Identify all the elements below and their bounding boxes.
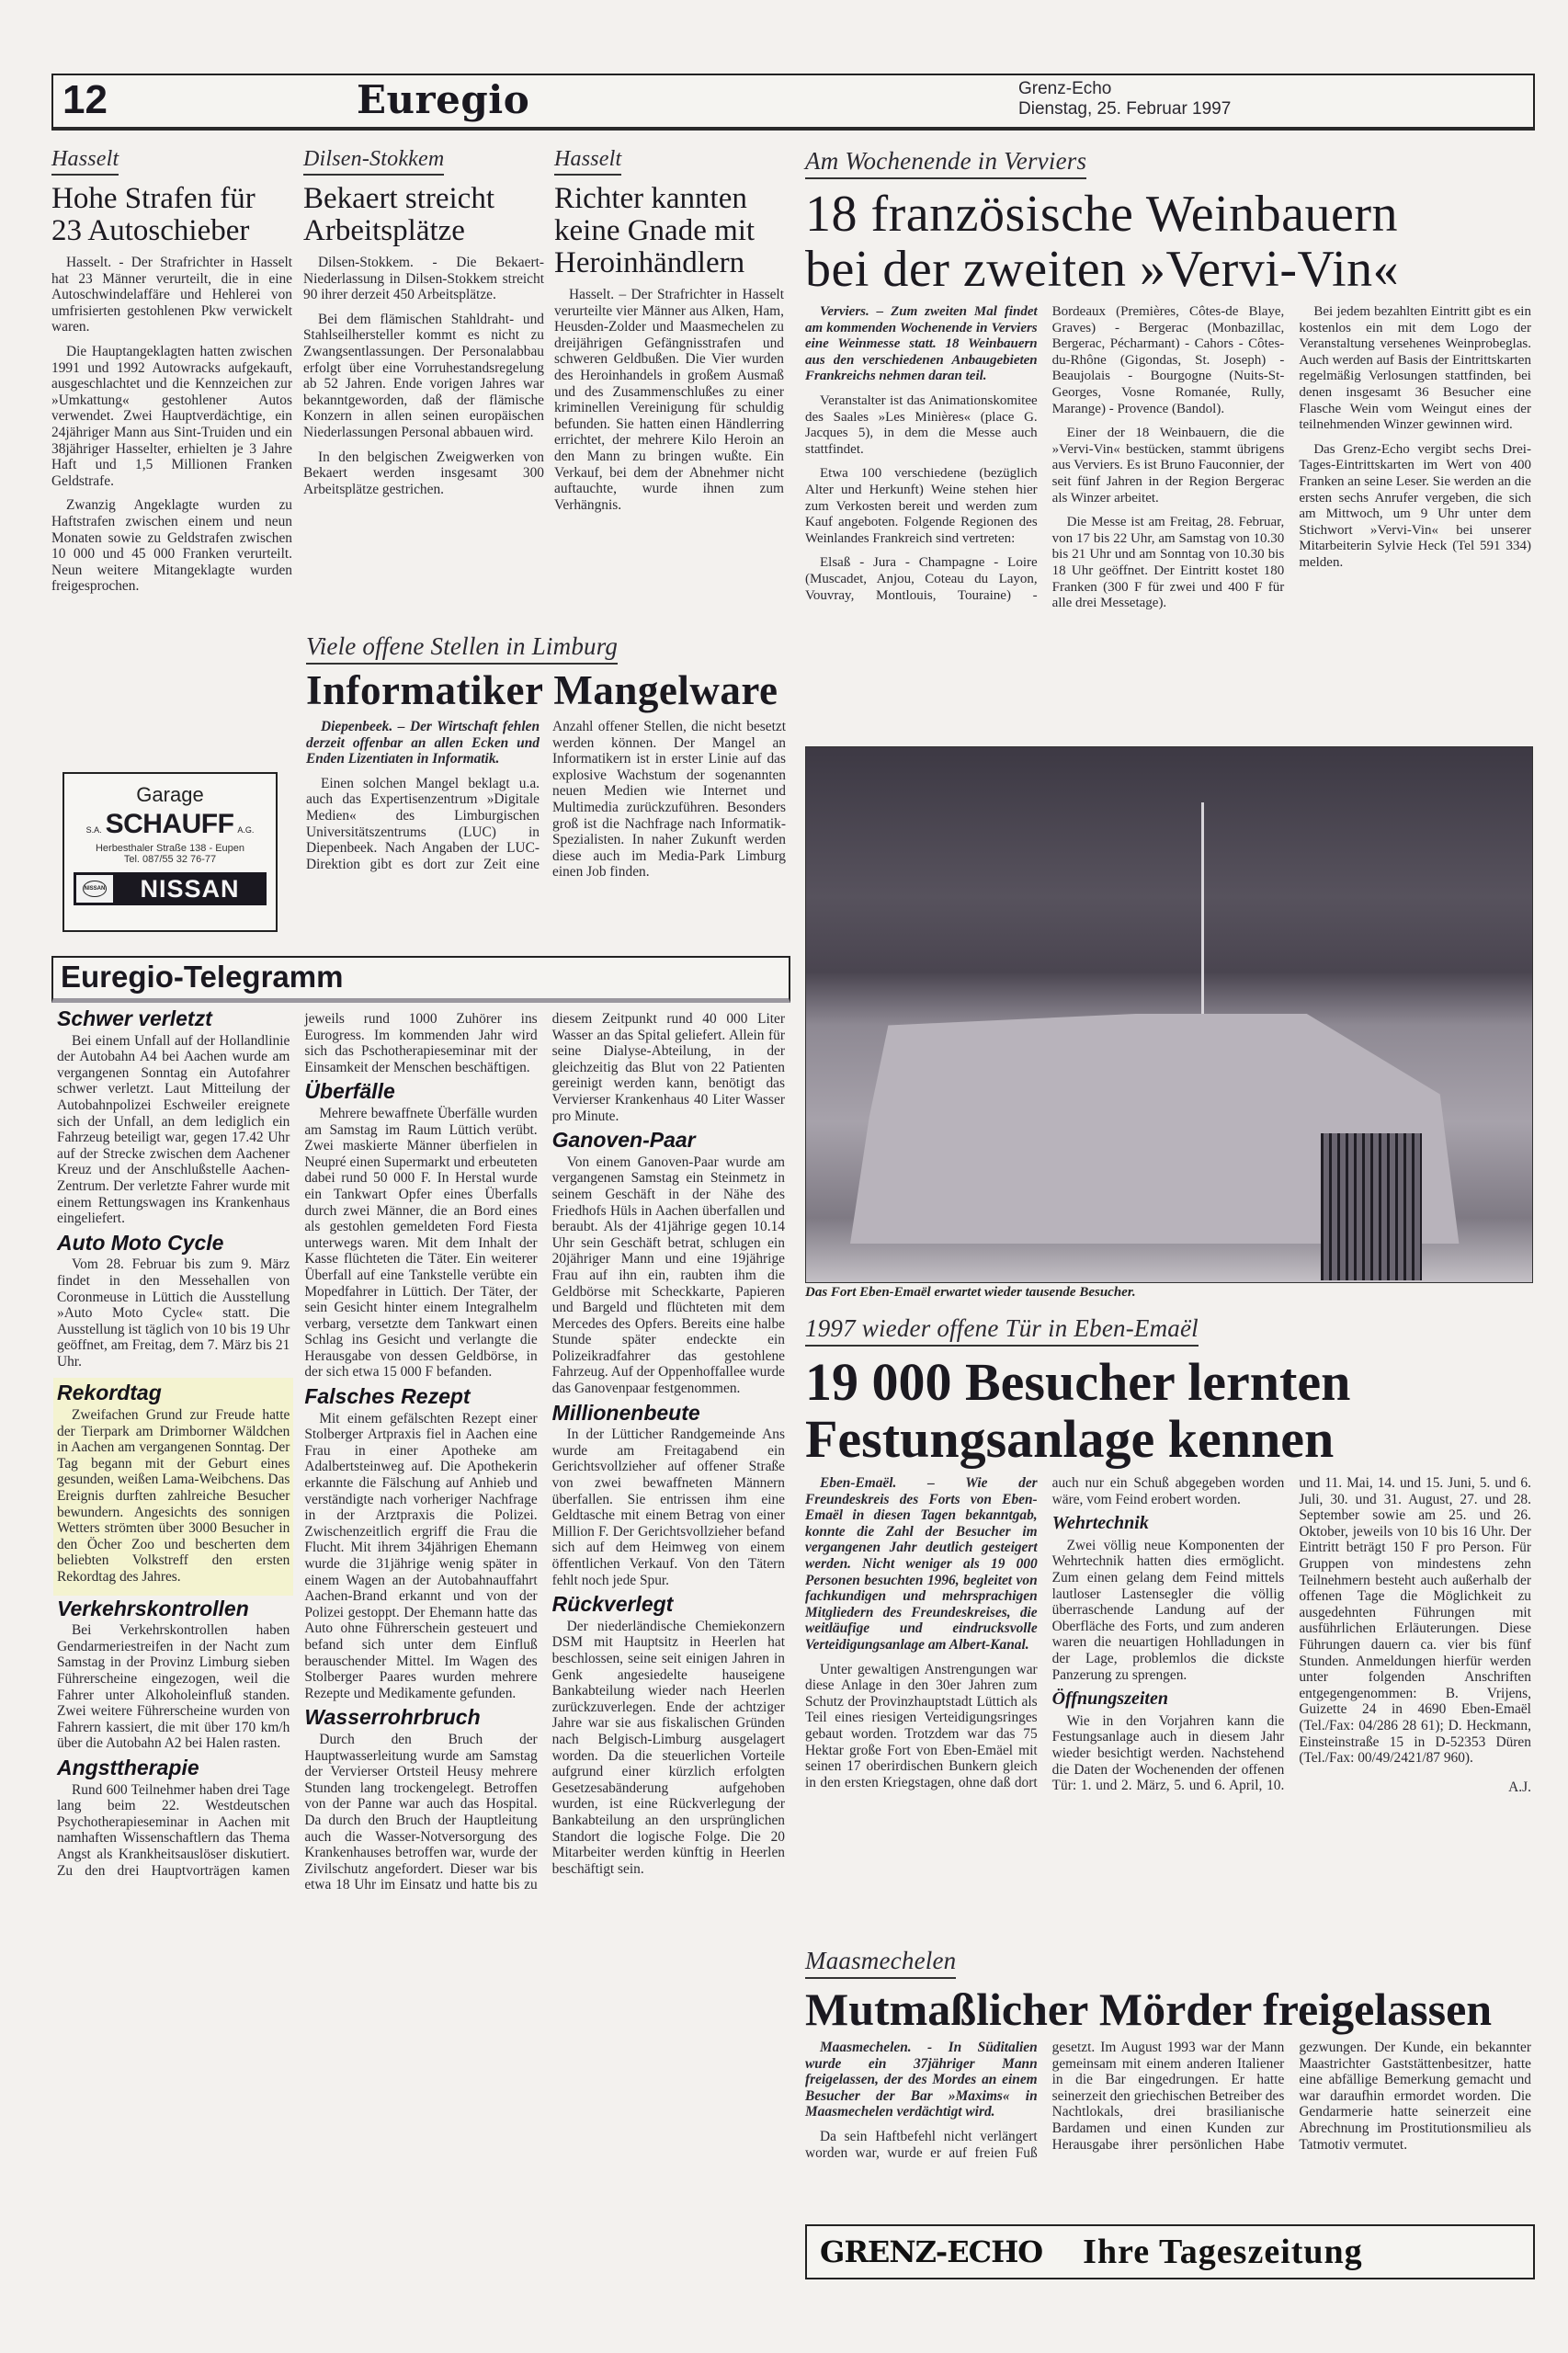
ad-phone: Tel. 087/55 32 76-77 <box>64 854 276 865</box>
subheading-oeffnungszeiten: Öffnungszeiten <box>1052 1691 1285 1708</box>
article-headline-line1: 19 000 Besucher lernten <box>805 1354 1531 1411</box>
telegramm-item-title: Falsches Rezept <box>304 1389 537 1405</box>
telegramm-item-title: Überfälle <box>304 1084 537 1100</box>
article-paragraph: Hasselt. - Der Strafrichter in Hasselt h… <box>51 255 292 335</box>
article-paragraph: Bei jedem bezahlten Eintritt gibt es ein… <box>1299 304 1531 434</box>
article-kicker: Maasmechelen <box>805 1947 956 1979</box>
ad-suffix: A.G. <box>237 825 254 835</box>
ad-garage-schauff[interactable]: Garage S.A. SCHAUFF A.G. Herbesthaler St… <box>62 772 278 932</box>
article-paragraph: Dilsen-Stokkem. - Die Bekaert-Niederlass… <box>303 255 544 303</box>
telegramm-item-title: Schwer verletzt <box>57 1011 290 1028</box>
telegramm-item-title: Verkehrskontrollen <box>57 1601 290 1618</box>
paper-name: Grenz-Echo <box>1018 79 1111 99</box>
ad-name: SCHAUFF <box>106 809 234 839</box>
fort-gate <box>1321 1133 1422 1280</box>
telegramm-header: Euregio-Telegramm <box>51 956 790 1003</box>
article-kicker: Dilsen-Stokkem <box>303 147 444 176</box>
article-headline-line2: Festungsanlage kennen <box>805 1411 1531 1468</box>
photo-caption: Das Fort Eben-Emaël erwartet wieder taus… <box>805 1285 1136 1301</box>
article-paragraph: Etwa 100 verschiedene (bezüglich Alter u… <box>805 466 1038 547</box>
article-kicker: Hasselt <box>51 147 119 176</box>
article-kicker: Viele offene Stellen in Limburg <box>306 632 618 665</box>
article-hasselt-autoschieber: Hasselt Hohe Strafen für 23 Autoschieber… <box>51 147 292 603</box>
article-paragraph: Veranstalter ist das Animationskomitee d… <box>805 393 1038 458</box>
subheading-wehrtechnik: Wehrtechnik <box>1052 1516 1285 1532</box>
ad-brand: NISSAN <box>113 875 267 904</box>
article-headline-line2: bei der zweiten »Vervi-Vin« <box>805 242 1531 297</box>
telegramm-title: Euregio-Telegramm <box>61 958 789 996</box>
telegramm-item-text: Bei Verkehrskontrollen haben Gendarmerie… <box>57 1622 290 1752</box>
telegramm-item-text: Mehrere bewaffnete Überfälle wurden am S… <box>304 1106 537 1381</box>
article-headline: Bekaert streicht Arbeitsplätze <box>303 183 544 247</box>
telegramm-item-text: Zweifachen Grund zur Freude hatte der Ti… <box>57 1407 290 1586</box>
telegramm-item-text: Vom 28. Februar bis zum 9. März findet i… <box>57 1256 290 1370</box>
footer-ad-grenz-echo[interactable]: GRENZ-ECHO Ihre Tageszeitung <box>805 2224 1535 2279</box>
telegramm-item-text: In der Lütticher Randgemeinde Ans wurde … <box>552 1427 785 1588</box>
telegramm-item-text: Der niederländische Chemiekonzern DSM mi… <box>552 1619 785 1878</box>
article-kicker: Hasselt <box>554 147 621 176</box>
article-heroin: Hasselt Richter kannten keine Gnade mit … <box>554 147 784 521</box>
telegramm-body: Schwer verletzt Bei einem Unfall auf der… <box>57 1011 785 1893</box>
article-bekaert: Dilsen-Stokkem Bekaert streicht Arbeitsp… <box>303 147 544 506</box>
article-paragraph: Hasselt. – Der Strafrichter in Hasselt v… <box>554 287 784 513</box>
ad-address: Herbesthaler Straße 138 - Eupen <box>64 843 276 854</box>
article-paragraph: Zwanzig Angeklagte wurden zu Haftstrafen… <box>51 497 292 595</box>
ad-garage-label: Garage <box>64 783 276 807</box>
byline: A.J. <box>1299 1779 1531 1796</box>
article-kicker: 1997 wieder offene Tür in Eben-Emaël <box>805 1314 1199 1347</box>
article-maasmechelen: Maasmechelen Mutmaßlicher Mörder freigel… <box>805 1947 1531 2161</box>
article-paragraph: Die Hauptangeklagten hatten zwischen 199… <box>51 344 292 489</box>
page-number: 12 <box>62 77 108 123</box>
fort-photo <box>805 746 1533 1283</box>
article-headline: Richter kannten keine Gnade mit Heroinhä… <box>554 183 784 279</box>
article-vervivin: Am Wochenende in Verviers 18 französisch… <box>805 147 1531 612</box>
article-eben-emael: 1997 wieder offene Tür in Eben-Emaël 19 … <box>805 1314 1531 1796</box>
masthead: 12 Euregio Grenz-Echo Dienstag, 25. Febr… <box>51 74 1535 131</box>
article-paragraph: Die Messe ist am Freitag, 28. Februar, v… <box>1052 515 1285 612</box>
ad-brand-bar: NISSAN NISSAN <box>74 872 267 905</box>
article-lead: Maasmechelen. - In Süditalien wurde ein … <box>805 2040 1038 2120</box>
telegramm-item-text: Von einem Ganoven-Paar wurde am vergange… <box>552 1154 785 1397</box>
telegramm-item-title: Ganoven-Paar <box>552 1132 785 1149</box>
ad-company: S.A. SCHAUFF A.G. <box>64 809 276 840</box>
article-lead: Diepenbeek. – Der Wirtschaft fehlen derz… <box>306 719 540 767</box>
issue-date: Dienstag, 25. Februar 1997 <box>1018 99 1231 119</box>
telegramm-highlight: Rekordtag Zweifachen Grund zur Freude ha… <box>53 1378 293 1595</box>
nissan-logo-icon: NISSAN <box>76 875 113 903</box>
telegramm-item-title: Millionenbeute <box>552 1405 785 1422</box>
ad-prefix: S.A. <box>86 825 102 835</box>
article-headline-line1: 18 französische Weinbauern <box>805 187 1531 242</box>
telegramm-item-text: Bei einem Unfall auf der Hollandlinie de… <box>57 1033 290 1227</box>
article-informatiker: Viele offene Stellen in Limburg Informat… <box>306 632 786 881</box>
section-title: Euregio <box>357 77 529 123</box>
article-paragraph: Bei dem flämischen Stahldraht- und Stahl… <box>303 312 544 441</box>
telegramm-item-title: Auto Moto Cycle <box>57 1235 290 1252</box>
footer-slogan: Ihre Tageszeitung <box>1083 2232 1363 2272</box>
article-lead: Eben-Emaël. – Wie der Freundeskreis des … <box>805 1475 1038 1654</box>
footer-brand: GRENZ-ECHO <box>820 2234 1042 2269</box>
telegramm-item: Schwer verletzt Bei einem Unfall auf der… <box>57 1011 785 1893</box>
flagpole <box>1201 802 1204 1014</box>
article-headline: Informatiker Mangelware <box>306 670 786 711</box>
telegramm-item-text: Mit einem gefälschten Rezept einer Stolb… <box>304 1411 537 1702</box>
telegramm-item-title: Rekordtag <box>57 1385 290 1402</box>
article-kicker: Am Wochenende in Verviers <box>805 147 1086 179</box>
article-paragraph: Zwei völlig neue Komponenten der Wehrtec… <box>1052 1538 1285 1683</box>
article-paragraph: Einer der 18 Weinbauern, die die »Vervi-… <box>1052 426 1285 506</box>
article-lead: Verviers. – Zum zweiten Mal findet am ko… <box>805 304 1038 385</box>
article-headline: Hohe Strafen für 23 Autoschieber <box>51 183 292 247</box>
article-paragraph: In den belgischen Zweigwerken von Bekaer… <box>303 449 544 498</box>
telegramm-item-title: Wasserrohrbruch <box>304 1710 537 1726</box>
telegramm-item-title: Angsttherapie <box>57 1760 290 1777</box>
telegramm-item-title: Rückverlegt <box>552 1597 785 1613</box>
article-paragraph: Das Grenz-Echo vergibt sechs Drei-Tages-… <box>1299 442 1531 572</box>
article-headline: Mutmaßlicher Mörder freigelassen <box>805 1986 1531 2032</box>
